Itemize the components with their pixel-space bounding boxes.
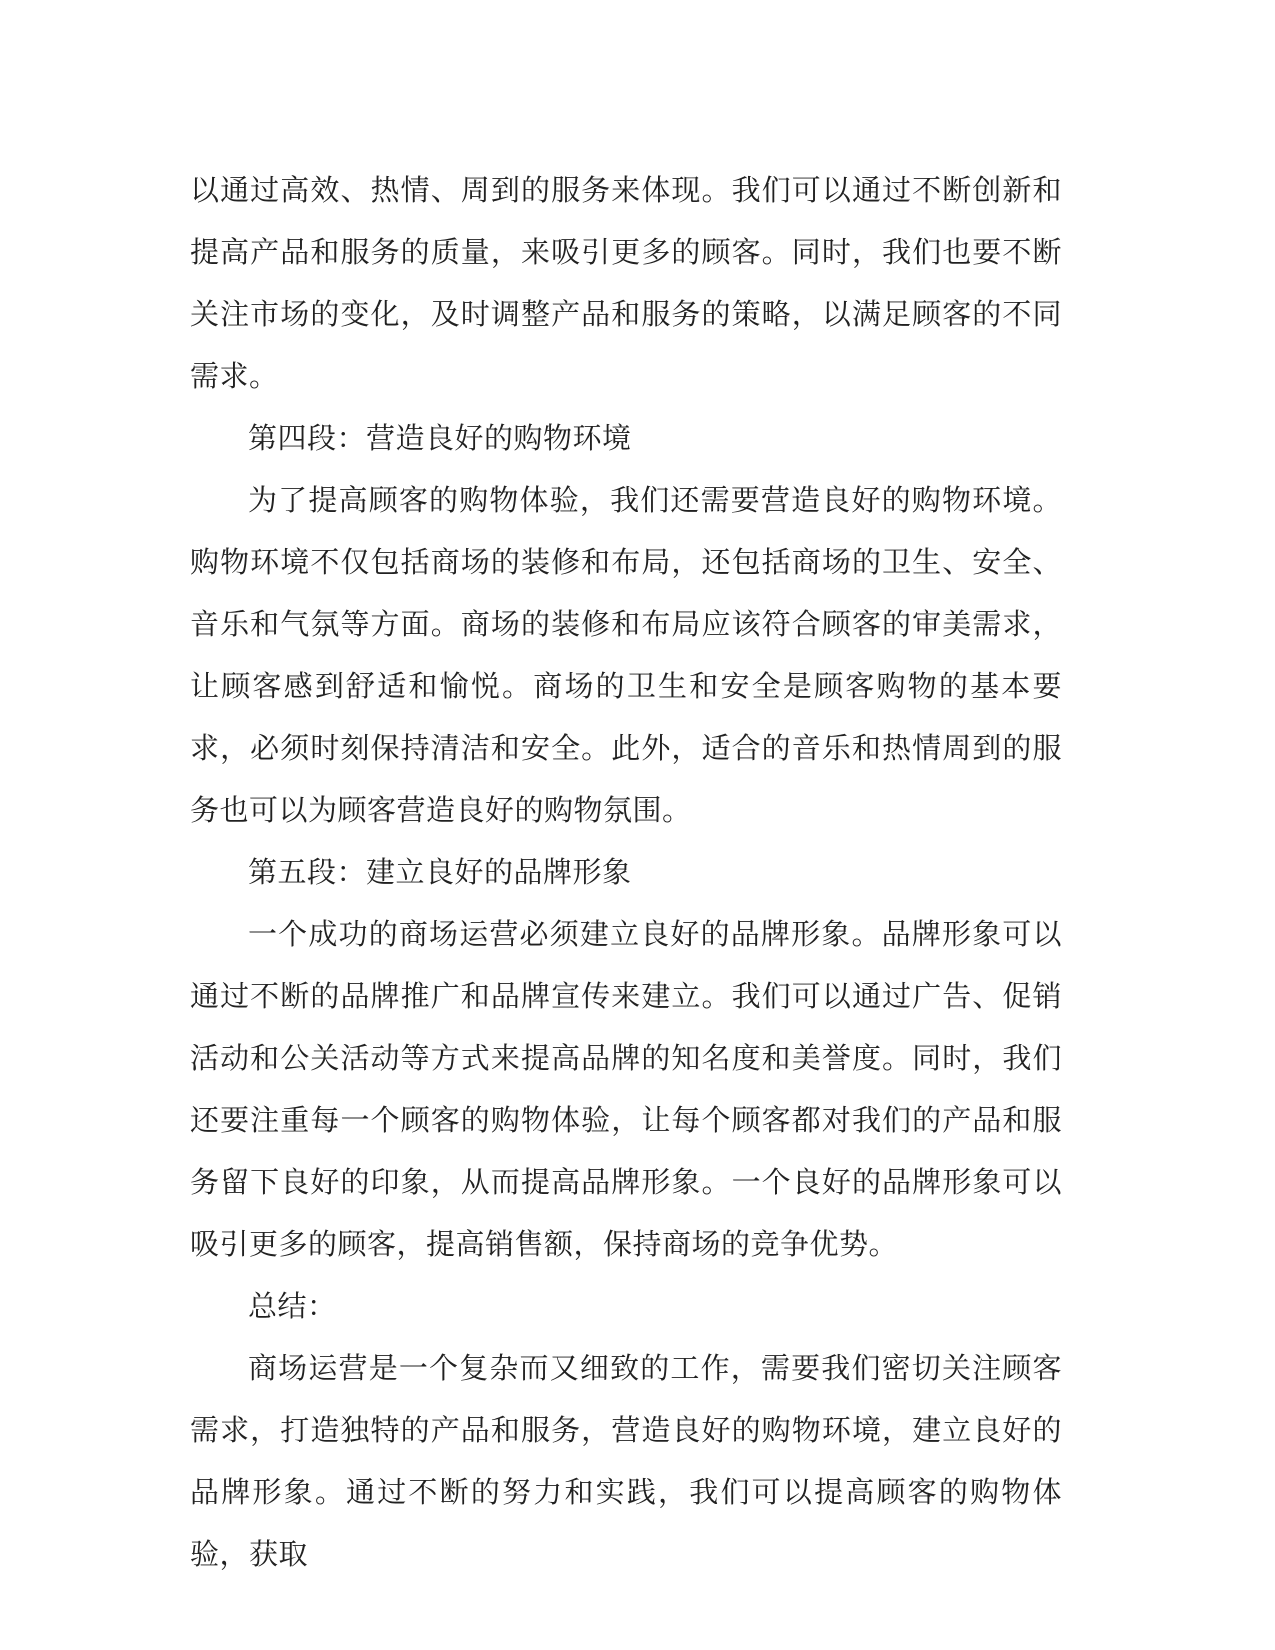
section-heading: 总结： bbox=[190, 1276, 1062, 1338]
paragraph: 一个成功的商场运营必须建立良好的品牌形象。品牌形象可以通过不断的品牌推广和品牌宣… bbox=[190, 904, 1062, 1276]
paragraph: 商场运营是一个复杂而又细致的工作，需要我们密切关注顾客需求，打造独特的产品和服务… bbox=[190, 1338, 1062, 1586]
document-page: 以通过高效、热情、周到的服务来体现。我们可以通过不断创新和提高产品和服务的质量，… bbox=[0, 0, 1275, 1650]
section-heading: 第四段：营造良好的购物环境 bbox=[190, 408, 1062, 470]
paragraph: 为了提高顾客的购物体验，我们还需要营造良好的购物环境。购物环境不仅包括商场的装修… bbox=[190, 470, 1062, 842]
section-heading: 第五段：建立良好的品牌形象 bbox=[190, 842, 1062, 904]
paragraph: 以通过高效、热情、周到的服务来体现。我们可以通过不断创新和提高产品和服务的质量，… bbox=[190, 160, 1062, 408]
document-text-block: 以通过高效、热情、周到的服务来体现。我们可以通过不断创新和提高产品和服务的质量，… bbox=[190, 160, 1062, 1586]
